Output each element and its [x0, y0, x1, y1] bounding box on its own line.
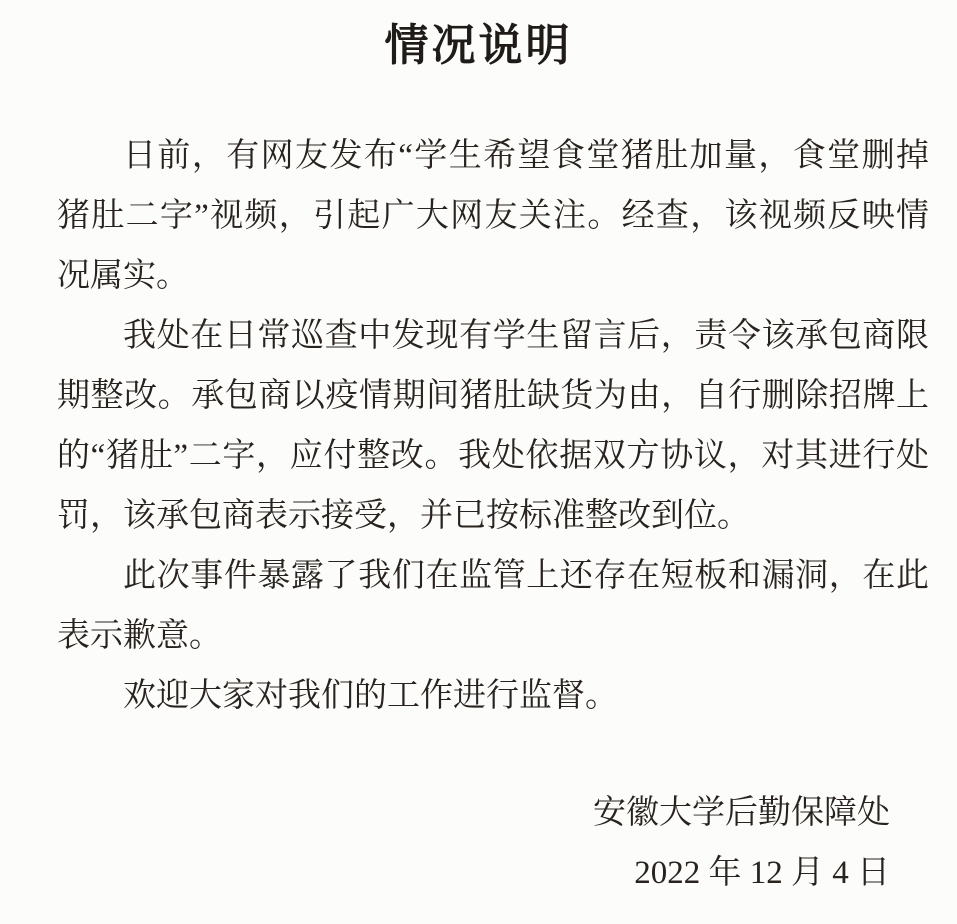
- document-title: 情况说明: [0, 18, 957, 74]
- notice-document: 情况说明 日前，有网友发布“学生希望食堂猪肚加量，食堂删掉猪肚二字”视频，引起广…: [0, 0, 957, 924]
- document-body: 日前，有网友发布“学生希望食堂猪肚加量，食堂删掉猪肚二字”视频，引起广大网友关注…: [57, 126, 929, 726]
- paragraph-incident: 日前，有网友发布“学生希望食堂猪肚加量，食堂删掉猪肚二字”视频，引起广大网友关注…: [57, 126, 929, 306]
- signature-organization: 安徽大学后勤保障处: [0, 783, 890, 843]
- paragraph-welcome-supervision: 欢迎大家对我们的工作进行监督。: [57, 666, 929, 726]
- paragraph-investigation: 我处在日常巡查中发现有学生留言后，责令该承包商限期整改。承包商以疫情期间猪肚缺货…: [57, 306, 929, 546]
- signoff-block: 安徽大学后勤保障处 2022 年 12 月 4 日: [0, 783, 890, 903]
- paragraph-apology: 此次事件暴露了我们在监管上还存在短板和漏洞，在此表示歉意。: [57, 546, 929, 666]
- signature-date: 2022 年 12 月 4 日: [0, 843, 890, 903]
